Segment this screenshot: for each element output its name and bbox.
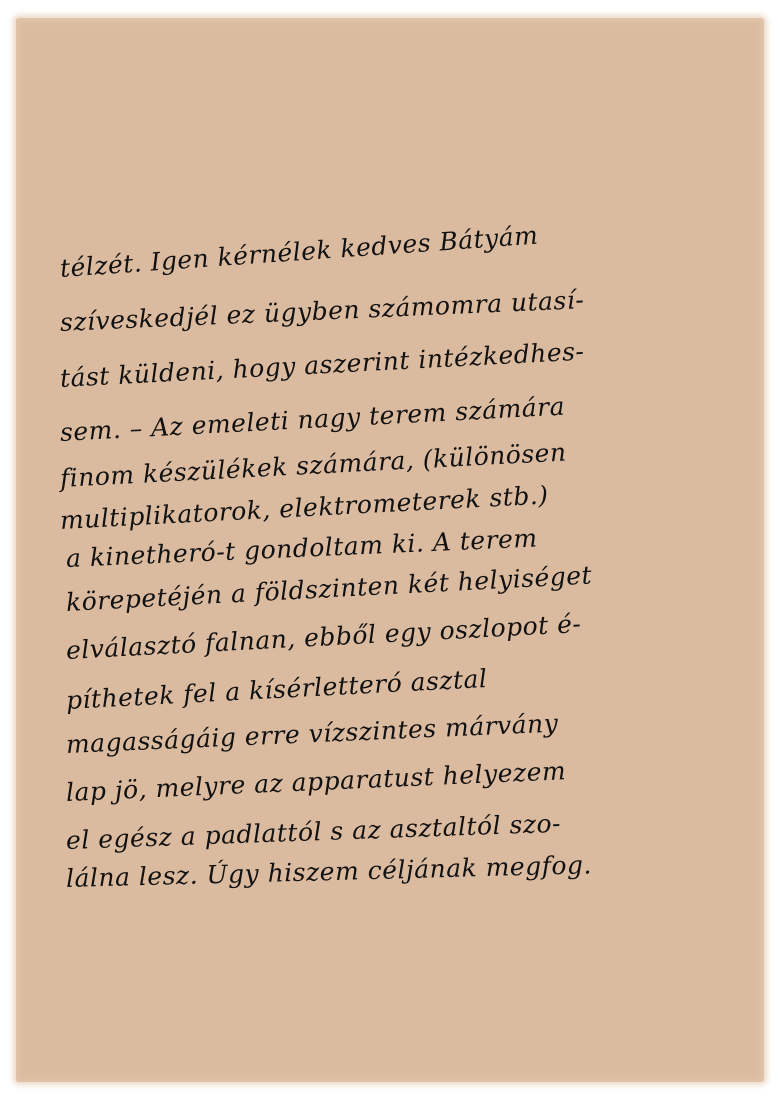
text-line-3: tást küldeni, hogy aszerint intézkedhes- bbox=[59, 337, 585, 393]
text-line-4: sem. – Az emeleti nagy terem számára bbox=[59, 392, 565, 447]
text-line-14: lálna lesz. Úgy hiszem céljának megfog. bbox=[66, 850, 593, 893]
text-line-9: elválasztó falnan, ebből egy oszlopot é- bbox=[65, 609, 582, 665]
text-line-1: télzét. Igen kérnélek kedves Bátyám bbox=[59, 221, 539, 283]
text-line-11: magasságáig erre vízszintes márvány bbox=[65, 709, 558, 759]
text-line-12: lap jö, melyre az apparatust helyezem bbox=[65, 756, 566, 807]
letter-page: télzét. Igen kérnélek kedves Bátyám szív… bbox=[16, 18, 764, 1082]
text-line-13: el egész a padlattól s az asztaltól szo- bbox=[65, 809, 561, 855]
text-line-10: píthetek fel a kísérletteró asztal bbox=[65, 664, 488, 715]
text-line-2: szíveskedjél ez ügyben számomra utasí- bbox=[59, 285, 584, 337]
